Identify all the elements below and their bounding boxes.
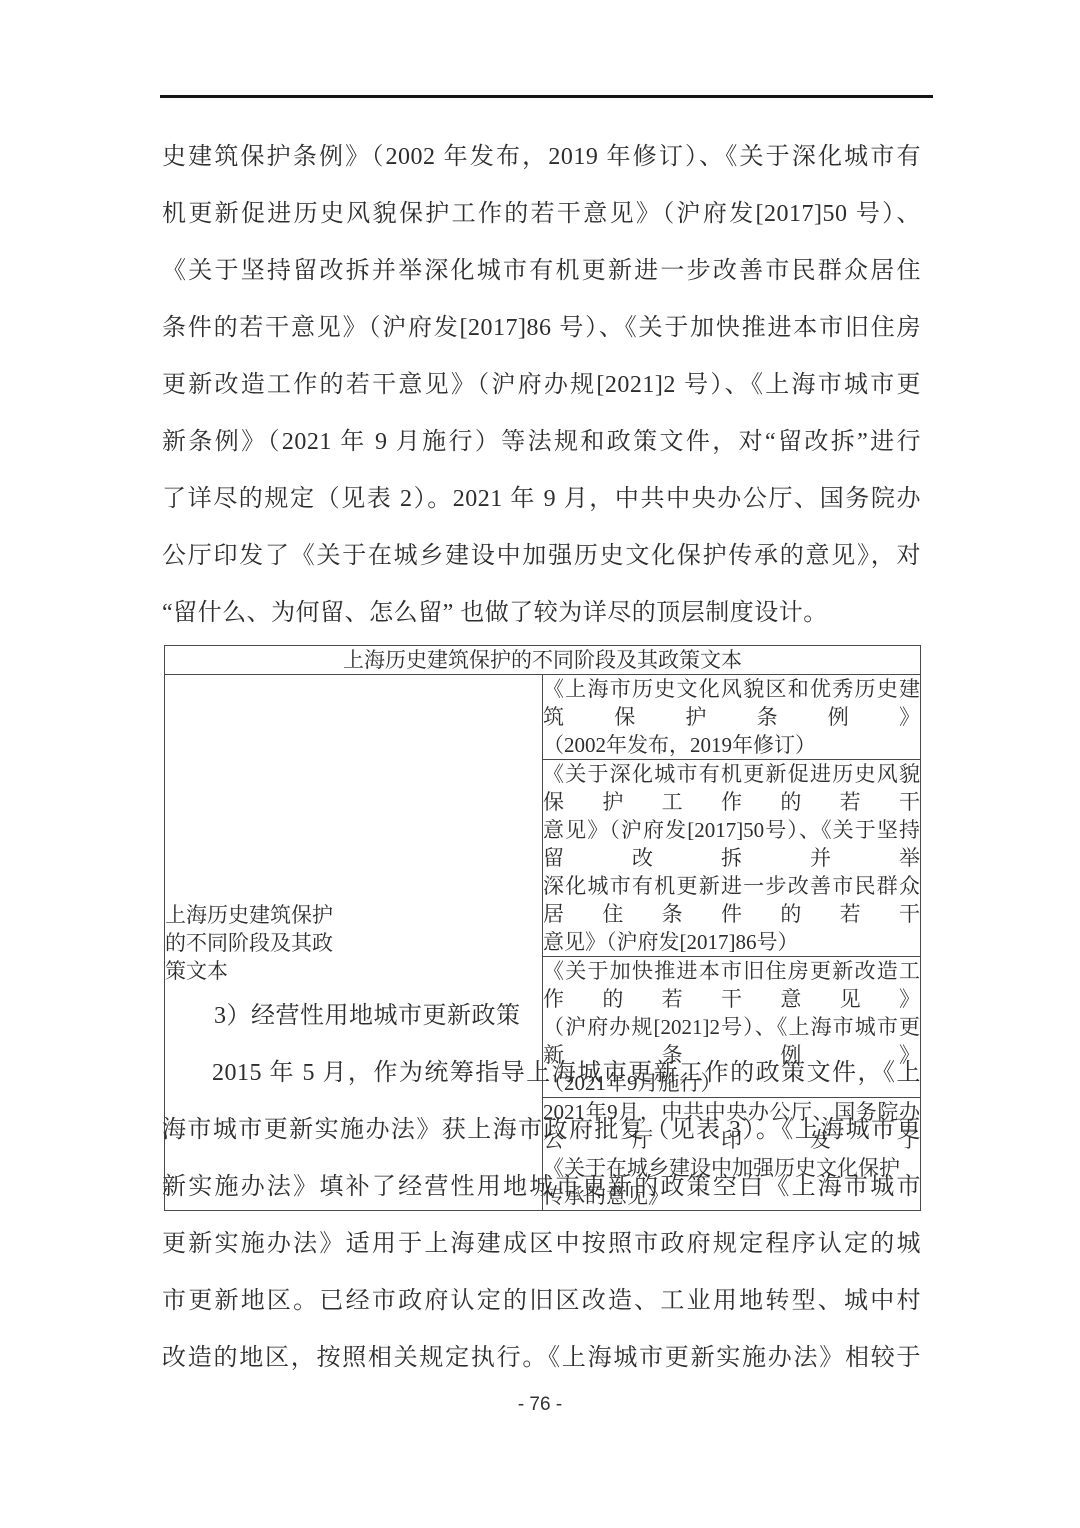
- paragraph-line: 改造的地区，按照相关规定执行。《上海城市更新实施办法》相较于: [162, 1330, 921, 1387]
- paragraph-line: 机更新促进历史风貌保护工作的若干意见》（沪府发[2017]50 号）、: [162, 186, 921, 243]
- paragraph-line: 新条例》（2021 年 9 月施行）等法规和政策文件，对“留改拆”进行: [162, 414, 921, 471]
- top-paragraph: 史建筑保护条例》（2002 年发布，2019 年修订）、《关于深化城市有 机更新…: [162, 129, 921, 642]
- paragraph-line: 更新改造工作的若干意见》（沪府办规[2021]2 号）、《上海市城市更: [162, 357, 921, 414]
- paragraph-line: 2015 年 5 月，作为统筹指导上海城市更新工作的政策文件，《上: [162, 1045, 921, 1102]
- paragraph-line: 条件的若干意见》（沪府发[2017]86 号）、《关于加快推进本市旧住房: [162, 300, 921, 357]
- table-cell-line: 意见》（沪府发[2017]86号）: [543, 928, 920, 956]
- paragraph-line: 海市城市更新实施办法》获上海市政府批复（见表 3）。《上海城市更: [162, 1102, 921, 1159]
- paragraph-line: 公厅印发了《关于在城乡建设中加强历史文化保护传承的意见》，对: [162, 528, 921, 585]
- table-cell-line: 《关于深化城市有机更新促进历史风貌保护工作的若干: [543, 760, 920, 816]
- table-cell: 《上海市历史文化风貌区和优秀历史建筑保护条例》 （2002年发布，2019年修订…: [543, 675, 921, 760]
- table-cell-line: 深化城市有机更新进一步改善市民群众居住条件的若干: [543, 872, 920, 928]
- paragraph-line: 市更新地区。已经市政府认定的旧区改造、工业用地转型、城中村: [162, 1273, 921, 1330]
- paragraph-line: 史建筑保护条例》（2002 年发布，2019 年修订）、《关于深化城市有: [162, 129, 921, 186]
- page-number: - 76 -: [0, 1394, 1080, 1416]
- table-row-header-line: 的不同阶段及其政: [165, 929, 542, 957]
- table-cell-line: 《上海市历史文化风貌区和优秀历史建筑保护条例》: [543, 675, 920, 731]
- section-heading: 3）经营性用地城市更新政策: [162, 988, 921, 1045]
- paragraph-line: 新实施办法》填补了经营性用地城市更新的政策空白《上海市城市: [162, 1159, 921, 1216]
- header-rule: [160, 95, 933, 98]
- document-page: 史建筑保护条例》（2002 年发布，2019 年修订）、《关于深化城市有 机更新…: [0, 0, 1080, 1528]
- paragraph-line: 《关于坚持留改拆并举深化城市有机更新进一步改善市民群众居住: [162, 243, 921, 300]
- paragraph-line: “留什么、为何留、怎么留” 也做了较为详尽的顶层制度设计。: [162, 585, 921, 642]
- table-cell: 《关于深化城市有机更新促进历史风貌保护工作的若干 意见》（沪府发[2017]50…: [543, 760, 921, 957]
- paragraph-line: 了详尽的规定（见表 2）。2021 年 9 月，中共中央办公厅、国务院办: [162, 471, 921, 528]
- table-cell-line: （2002年发布，2019年修订）: [543, 731, 920, 759]
- table-row-header-line: 上海历史建筑保护: [165, 901, 542, 929]
- table-cell-line: 意见》（沪府发[2017]50号）、《关于坚持留改拆并举: [543, 816, 920, 872]
- table-row-header-line: 策文本: [165, 957, 542, 985]
- section-block: 3）经营性用地城市更新政策 2015 年 5 月，作为统筹指导上海城市更新工作的…: [162, 988, 921, 1387]
- paragraph-line: 更新实施办法》适用于上海建成区中按照市政府规定程序认定的城: [162, 1216, 921, 1273]
- table-title-cell: 上海历史建筑保护的不同阶段及其政策文本: [165, 646, 921, 675]
